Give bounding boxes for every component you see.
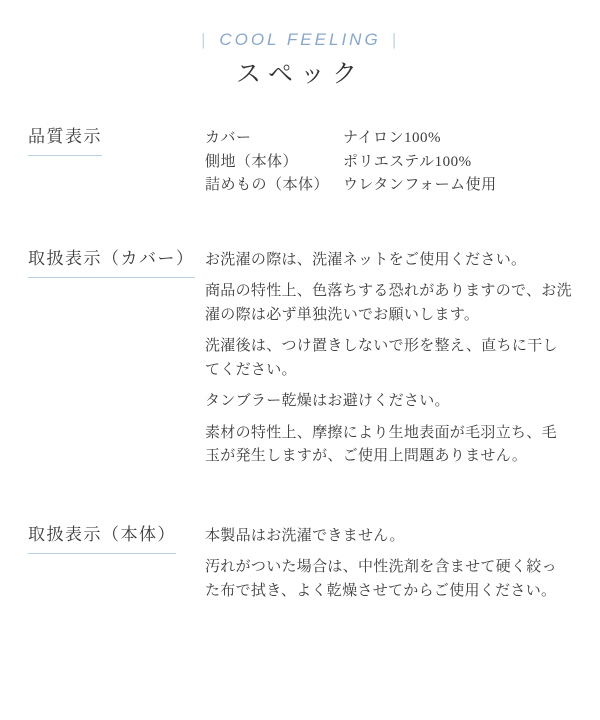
- quality-section-label: 品質表示: [28, 126, 102, 156]
- care-cover-section-label: 取扱表示（カバー）: [28, 248, 195, 278]
- section-quality-label: 品質表示 カバー ナイロン100% 側地（本体） ポリエステル100% 詰めもの…: [28, 126, 572, 198]
- cool-feeling-eyebrow: |COOL FEELING|: [28, 30, 572, 50]
- care-cover-label-column: 取扱表示（カバー）: [28, 248, 205, 278]
- table-row: カバー ナイロン100%: [205, 127, 572, 151]
- section-care-body: 取扱表示（本体） 本製品はお洗濯できません。 汚れがついた場合は、中性洗剤を含ま…: [28, 524, 572, 604]
- material-value-cover: ナイロン100%: [343, 127, 572, 151]
- care-cover-paragraph: 商品の特性上、色落ちする恐れがありますので、お洗濯の際は必ず単独洗いでお願いしま…: [205, 280, 572, 327]
- page-title: スペック: [28, 60, 572, 90]
- care-body-section-label: 取扱表示（本体）: [28, 524, 176, 554]
- care-cover-paragraph: お洗濯の際は、洗濯ネットをご使用ください。: [205, 249, 572, 273]
- care-body-content-column: 本製品はお洗濯できません。 汚れがついた場合は、中性洗剤を含ませて硬く絞った布で…: [205, 524, 572, 604]
- care-body-paragraph: 本製品はお洗濯できません。: [205, 525, 572, 549]
- page-header: |COOL FEELING| スペック: [28, 30, 572, 90]
- material-key-sidefabric: 側地（本体）: [205, 151, 343, 175]
- care-body-label-column: 取扱表示（本体）: [28, 524, 205, 554]
- material-key-cover: カバー: [205, 127, 343, 151]
- care-cover-content-column: お洗濯の際は、洗濯ネットをご使用ください。 商品の特性上、色落ちする恐れがありま…: [205, 248, 572, 469]
- quality-label-column: 品質表示: [28, 126, 205, 156]
- spec-page: |COOL FEELING| スペック 品質表示 カバー ナイロン100% 側地…: [0, 0, 600, 720]
- care-cover-paragraph: 洗濯後は、つけ置きしないで形を整え、直ちに干してください。: [205, 335, 572, 382]
- care-body-paragraph: 汚れがついた場合は、中性洗剤を含ませて硬く絞った布で拭き、よく乾燥させてからご使…: [205, 556, 572, 603]
- eyebrow-text: COOL FEELING: [219, 30, 380, 49]
- section-care-cover: 取扱表示（カバー） お洗濯の際は、洗濯ネットをご使用ください。 商品の特性上、色…: [28, 248, 572, 469]
- eyebrow-right-bar: |: [392, 30, 399, 49]
- eyebrow-left-bar: |: [201, 30, 208, 49]
- material-value-filling: ウレタンフォーム使用: [343, 174, 572, 198]
- care-cover-paragraph: タンブラー乾燥はお避けください。: [205, 390, 572, 414]
- material-value-sidefabric: ポリエステル100%: [343, 151, 572, 175]
- table-row: 側地（本体） ポリエステル100%: [205, 151, 572, 175]
- table-row: 詰めもの（本体） ウレタンフォーム使用: [205, 174, 572, 198]
- quality-content-column: カバー ナイロン100% 側地（本体） ポリエステル100% 詰めもの（本体） …: [205, 126, 572, 198]
- material-key-filling: 詰めもの（本体）: [205, 174, 343, 198]
- care-cover-paragraph: 素材の特性上、摩擦により生地表面が毛羽立ち、毛玉が発生しますが、ご使用上問題あり…: [205, 422, 572, 469]
